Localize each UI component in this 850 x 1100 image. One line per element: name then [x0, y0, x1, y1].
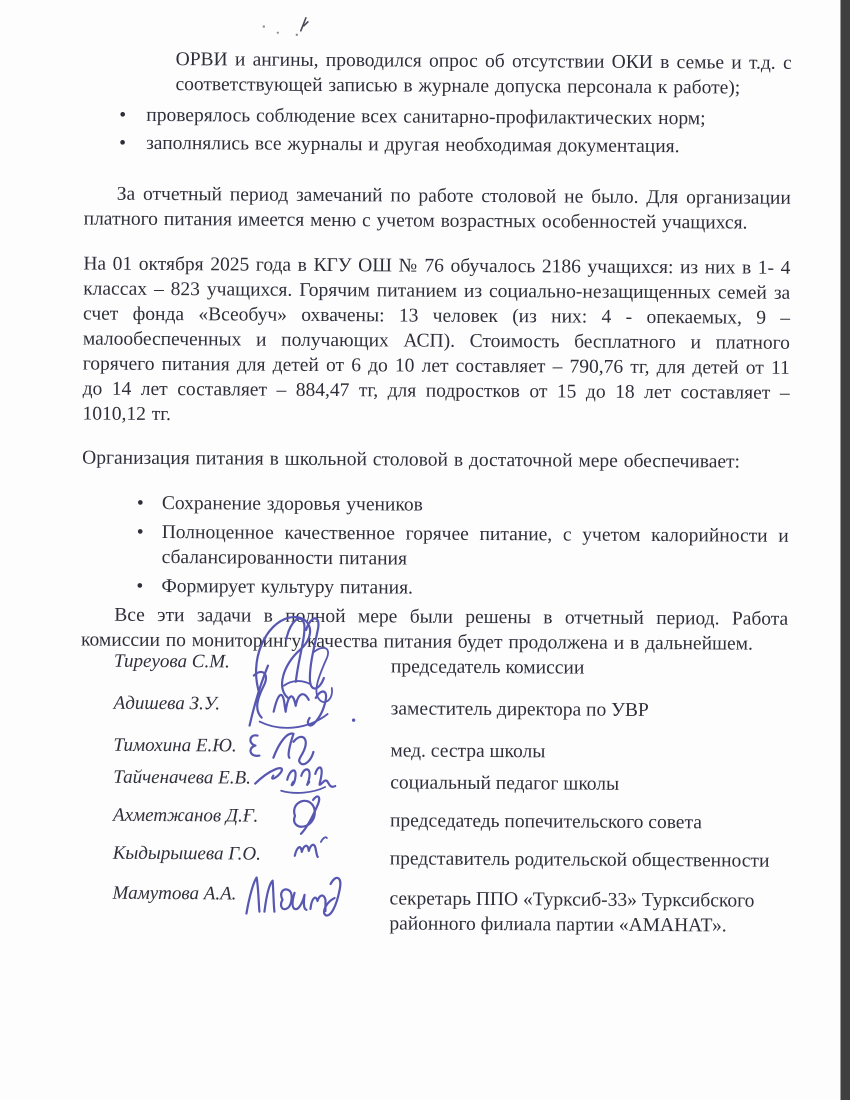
- signature-ink-mamutova: [246, 877, 340, 915]
- signature-ink-kydyrysheva: [295, 837, 327, 857]
- bullet-icon: •: [137, 519, 162, 569]
- list-item-text: проверялось соблюдение всех санитарно-пр…: [146, 103, 791, 132]
- signer-title: социальный педагог школы: [390, 770, 770, 797]
- bullet-icon: •: [137, 490, 162, 515]
- signature-ink-akhmetzhanov: [294, 796, 319, 834]
- bullet-icon: •: [119, 103, 146, 128]
- signature-row: Тиреуова С.М. председатель комиссии: [81, 651, 801, 655]
- signer-title: представитель родительской общественност…: [390, 846, 770, 873]
- scanner-edge-shadow: [840, 0, 850, 1100]
- handwritten-signatures: [224, 599, 426, 930]
- signature-ink-tireuova: [256, 617, 333, 702]
- document-body: ОРВИ и ангины, проводился опрос об отсут…: [81, 47, 792, 676]
- signature-row: Адишева З.У. заместитель директора по УВ…: [81, 693, 801, 697]
- signature-row: Кыдырышева Г.О. представитель родительск…: [80, 843, 800, 847]
- signer-title: мед. сестра школы: [390, 738, 770, 765]
- signature-row: Мамутова А.А. секретарь ППО «Турксиб-33»…: [80, 883, 800, 887]
- provides-list: • Сохранение здоровья учеников • Полноце…: [81, 490, 789, 602]
- statistics-paragraph: На 01 октября 2025 года в КГУ ОШ № 76 об…: [82, 251, 790, 430]
- list-item: • проверялось соблюдение всех санитарно-…: [84, 103, 791, 132]
- report-paragraph: За отчетный период замечаний по работе с…: [84, 182, 791, 236]
- signature-row: Ахметжанов Д.Ғ. председатедь попечительс…: [80, 805, 800, 809]
- bullet-icon: •: [136, 573, 161, 598]
- page-content: ОРВИ и ангины, проводился опрос об отсут…: [0, 0, 850, 1100]
- signature-ink-adisheva: [250, 666, 356, 729]
- scan-speck-marks: [250, 10, 330, 42]
- list-item: • заполнялись все журналы и другая необх…: [84, 131, 791, 160]
- signature-row: Тимохина Е.Ю. мед. сестра школы: [81, 735, 801, 739]
- signature-row: Тайченачева Е.В. социальный педагог школ…: [80, 767, 800, 771]
- list-item: • Сохранение здоровья учеников: [82, 490, 789, 519]
- list-item-text: Полноценное качественное горячее питание…: [162, 519, 789, 573]
- list-item-text: заполнялись все журналы и другая необход…: [146, 131, 791, 160]
- list-item: • Полноценное качественное горячее питан…: [82, 519, 789, 573]
- signature-ink-timokhina: [250, 733, 313, 764]
- provides-intro-paragraph: Организация питания в школьной столовой …: [82, 446, 789, 475]
- list-item-text: Формирует культуру питания.: [161, 573, 788, 602]
- signature-section: Тиреуова С.М. председатель комиссии Адиш…: [79, 641, 801, 955]
- bullet-icon: •: [119, 131, 146, 156]
- scanned-page: ОРВИ и ангины, проводился опрос об отсут…: [0, 0, 850, 1100]
- continuation-paragraph: ОРВИ и ангины, проводился опрос об отсут…: [175, 47, 791, 101]
- signer-title: секретарь ППО «Турксиб-33» Турксибского …: [389, 886, 757, 938]
- signer-title: заместитель директора по УВР: [391, 696, 771, 723]
- signature-ink-taychenacheva: [255, 767, 335, 793]
- list-item-text: Сохранение здоровья учеников: [162, 490, 789, 519]
- checklist: • проверялось соблюдение всех санитарно-…: [84, 103, 791, 160]
- signer-title: председатель комиссии: [391, 654, 771, 681]
- list-item: • Формирует культуру питания.: [81, 573, 788, 602]
- signer-title: председатедь попечительского совета: [390, 808, 770, 835]
